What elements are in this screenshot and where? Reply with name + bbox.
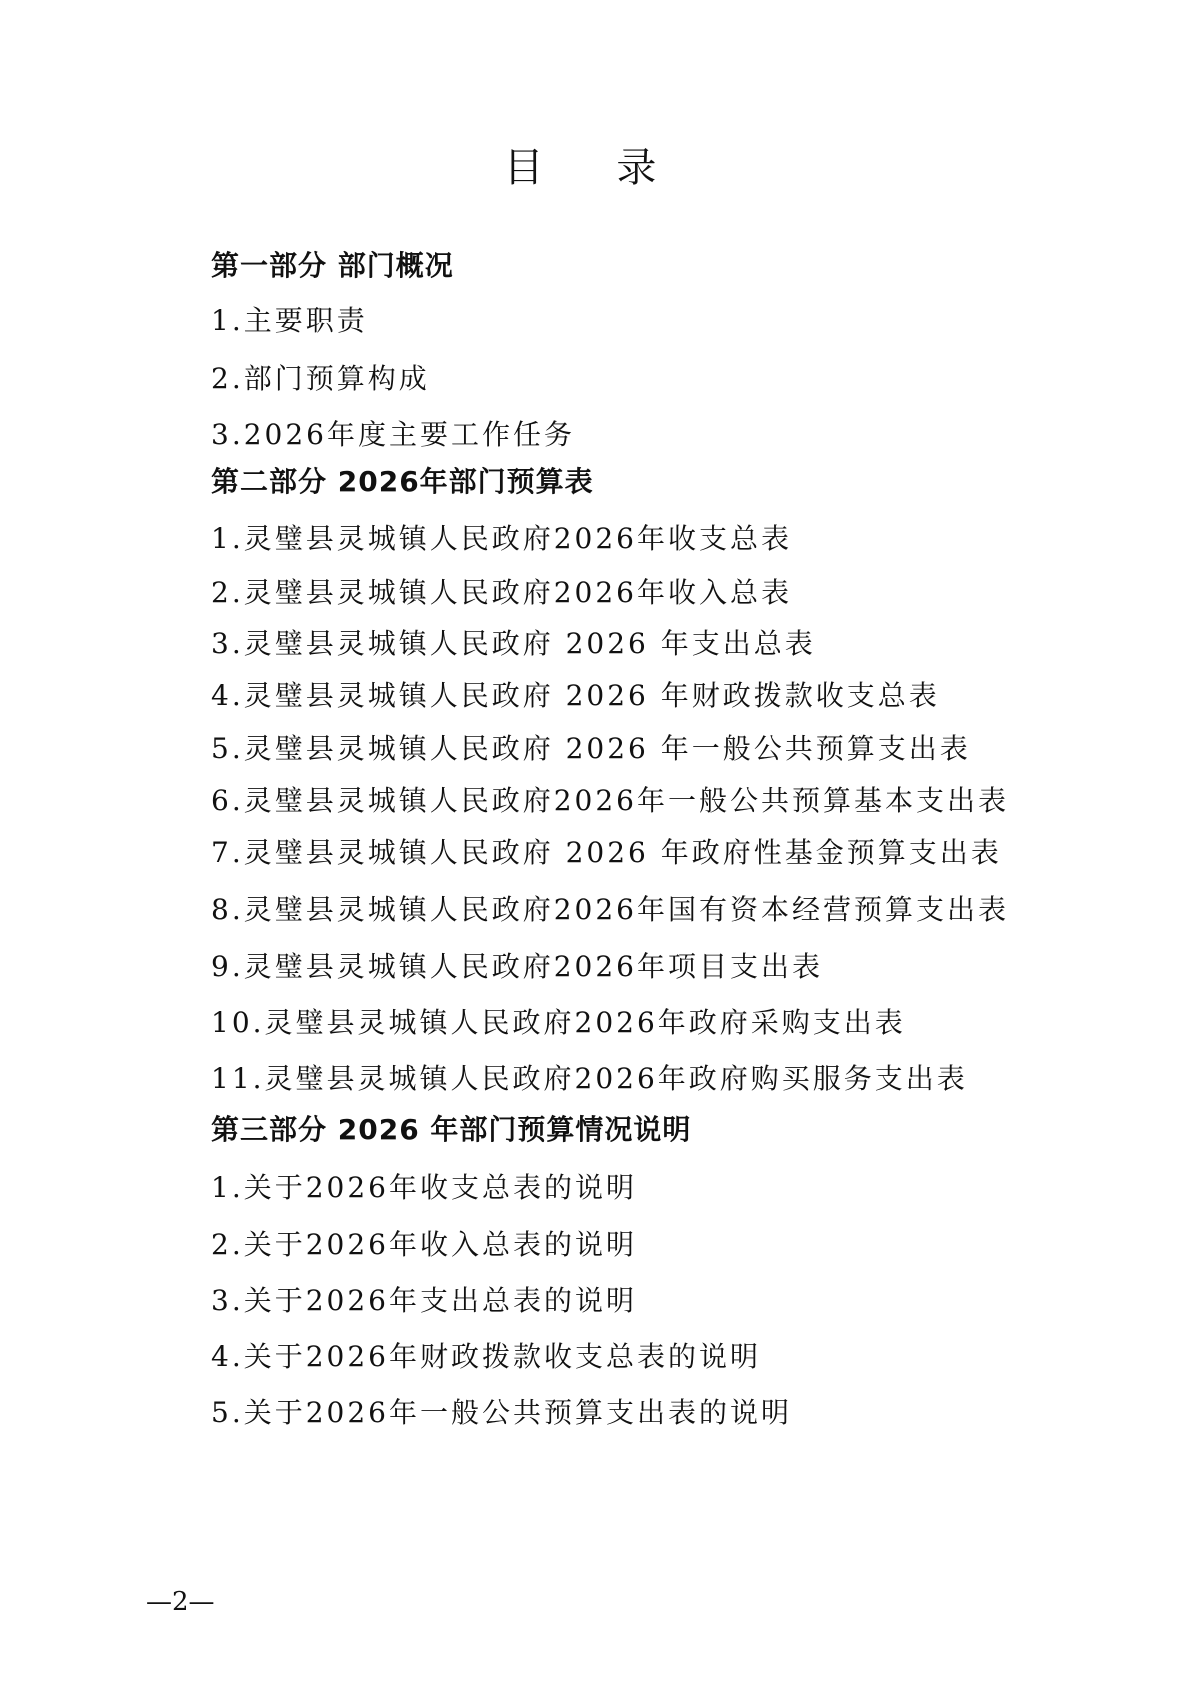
toc-item: 10.灵璧县灵城镇人民政府2026年政府采购支出表 — [211, 1005, 906, 1041]
section-heading-part3: 第三部分 2026 年部门预算情况说明 — [211, 1112, 691, 1148]
toc-item: 3.关于2026年支出总表的说明 — [211, 1283, 637, 1319]
toc-item: 11.灵璧县灵城镇人民政府2026年政府购买服务支出表 — [211, 1061, 968, 1097]
toc-item: 6.灵璧县灵城镇人民政府2026年一般公共预算基本支出表 — [211, 783, 1009, 819]
toc-item: 3.2026年度主要工作任务 — [211, 417, 575, 453]
section-heading-part1: 第一部分 部门概况 — [211, 248, 454, 284]
document-page: 目 录 第一部分 部门概况 1.主要职责 2.部门预算构成 3.2026年度主要… — [0, 0, 1190, 1683]
toc-item: 2.关于2026年收入总表的说明 — [211, 1227, 637, 1263]
toc-item: 9.灵璧县灵城镇人民政府2026年项目支出表 — [211, 949, 823, 985]
toc-item: 4.关于2026年财政拨款收支总表的说明 — [211, 1339, 761, 1375]
toc-title: 目 录 — [0, 140, 1190, 196]
toc-item: 7.灵璧县灵城镇人民政府 2026 年政府性基金预算支出表 — [211, 835, 1002, 871]
section-heading-part2: 第二部分 2026年部门预算表 — [211, 464, 594, 500]
toc-item: 2.部门预算构成 — [211, 361, 430, 397]
toc-item: 3.灵璧县灵城镇人民政府 2026 年支出总表 — [211, 626, 816, 662]
toc-item: 1.主要职责 — [211, 303, 368, 339]
page-number: —2— — [146, 1586, 215, 1618]
toc-item: 1.关于2026年收支总表的说明 — [211, 1170, 637, 1206]
toc-item: 4.灵璧县灵城镇人民政府 2026 年财政拨款收支总表 — [211, 678, 940, 714]
toc-item: 2.灵璧县灵城镇人民政府2026年收入总表 — [211, 575, 792, 611]
toc-item: 1.灵璧县灵城镇人民政府2026年收支总表 — [211, 521, 792, 557]
toc-item: 8.灵璧县灵城镇人民政府2026年国有资本经营预算支出表 — [211, 892, 1009, 928]
toc-item: 5.关于2026年一般公共预算支出表的说明 — [211, 1395, 792, 1431]
toc-item: 5.灵璧县灵城镇人民政府 2026 年一般公共预算支出表 — [211, 731, 971, 767]
